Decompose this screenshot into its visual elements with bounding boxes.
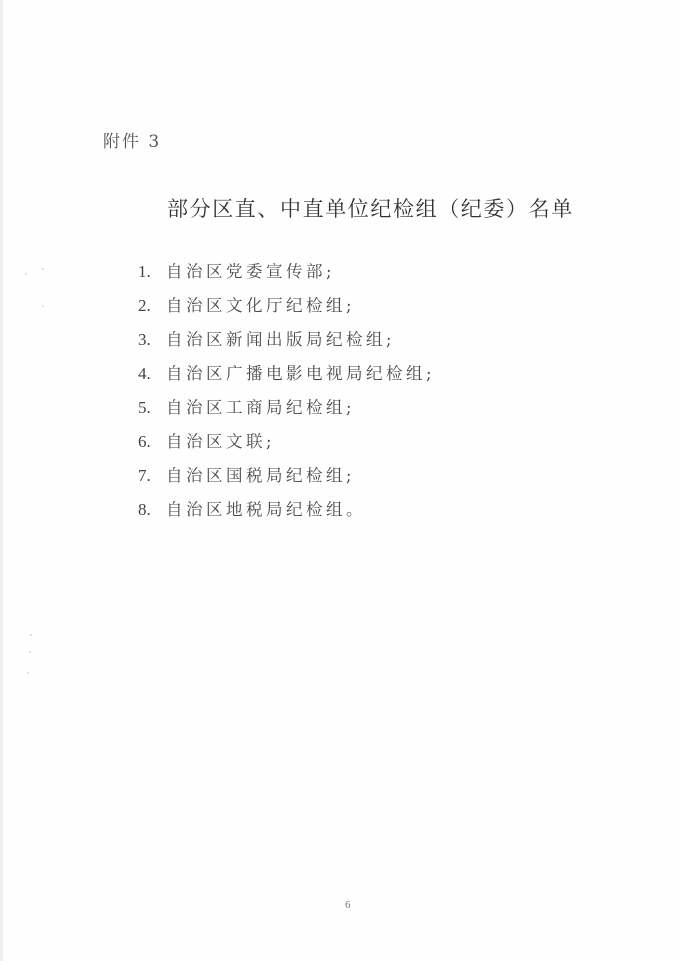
scan-speck bbox=[42, 305, 44, 307]
document-page: 附件 3 部分区直、中直单位纪检组（纪委）名单 1. 自治区党委宣传部; 2. … bbox=[0, 0, 680, 961]
list-item: 3. 自治区新闻出版局纪检组; bbox=[138, 330, 435, 364]
page-number: 6 bbox=[345, 899, 351, 911]
list-item: 5. 自治区工商局纪检组; bbox=[138, 398, 435, 432]
item-text: 自治区党委宣传部; bbox=[166, 262, 335, 296]
item-text: 自治区文化厅纪检组; bbox=[166, 296, 355, 330]
list-item: 2. 自治区文化厅纪检组; bbox=[138, 296, 435, 330]
list-item: 4. 自治区广播电影电视局纪检组; bbox=[138, 364, 435, 398]
list-item: 6. 自治区文联; bbox=[138, 432, 435, 466]
scan-edge bbox=[0, 0, 3, 961]
item-text: 自治区文联; bbox=[166, 432, 275, 466]
unit-list: 1. 自治区党委宣传部; 2. 自治区文化厅纪检组; 3. 自治区新闻出版局纪检… bbox=[138, 262, 435, 534]
item-number: 3. bbox=[138, 330, 166, 364]
item-text: 自治区新闻出版局纪检组; bbox=[166, 330, 395, 364]
document-title: 部分区直、中直单位纪检组（纪委）名单 bbox=[167, 193, 574, 223]
scan-speck bbox=[30, 634, 32, 636]
item-number: 6. bbox=[138, 432, 166, 466]
scan-speck bbox=[25, 273, 27, 275]
item-number: 7. bbox=[138, 466, 166, 500]
item-number: 5. bbox=[138, 398, 166, 432]
list-item: 7. 自治区国税局纪检组; bbox=[138, 466, 435, 500]
scan-speck bbox=[29, 651, 31, 653]
scan-speck bbox=[42, 268, 44, 270]
scan-speck bbox=[27, 672, 29, 674]
list-item: 1. 自治区党委宣传部; bbox=[138, 262, 435, 296]
item-text: 自治区国税局纪检组; bbox=[166, 466, 355, 500]
annex-label: 附件 3 bbox=[103, 127, 161, 152]
item-number: 1. bbox=[138, 262, 166, 296]
item-number: 4. bbox=[138, 364, 166, 398]
item-number: 8. bbox=[138, 500, 166, 534]
item-text: 自治区广播电影电视局纪检组; bbox=[166, 364, 435, 398]
item-text: 自治区地税局纪检组。 bbox=[166, 500, 366, 534]
item-text: 自治区工商局纪检组; bbox=[166, 398, 355, 432]
item-number: 2. bbox=[138, 296, 166, 330]
list-item: 8. 自治区地税局纪检组。 bbox=[138, 500, 435, 534]
